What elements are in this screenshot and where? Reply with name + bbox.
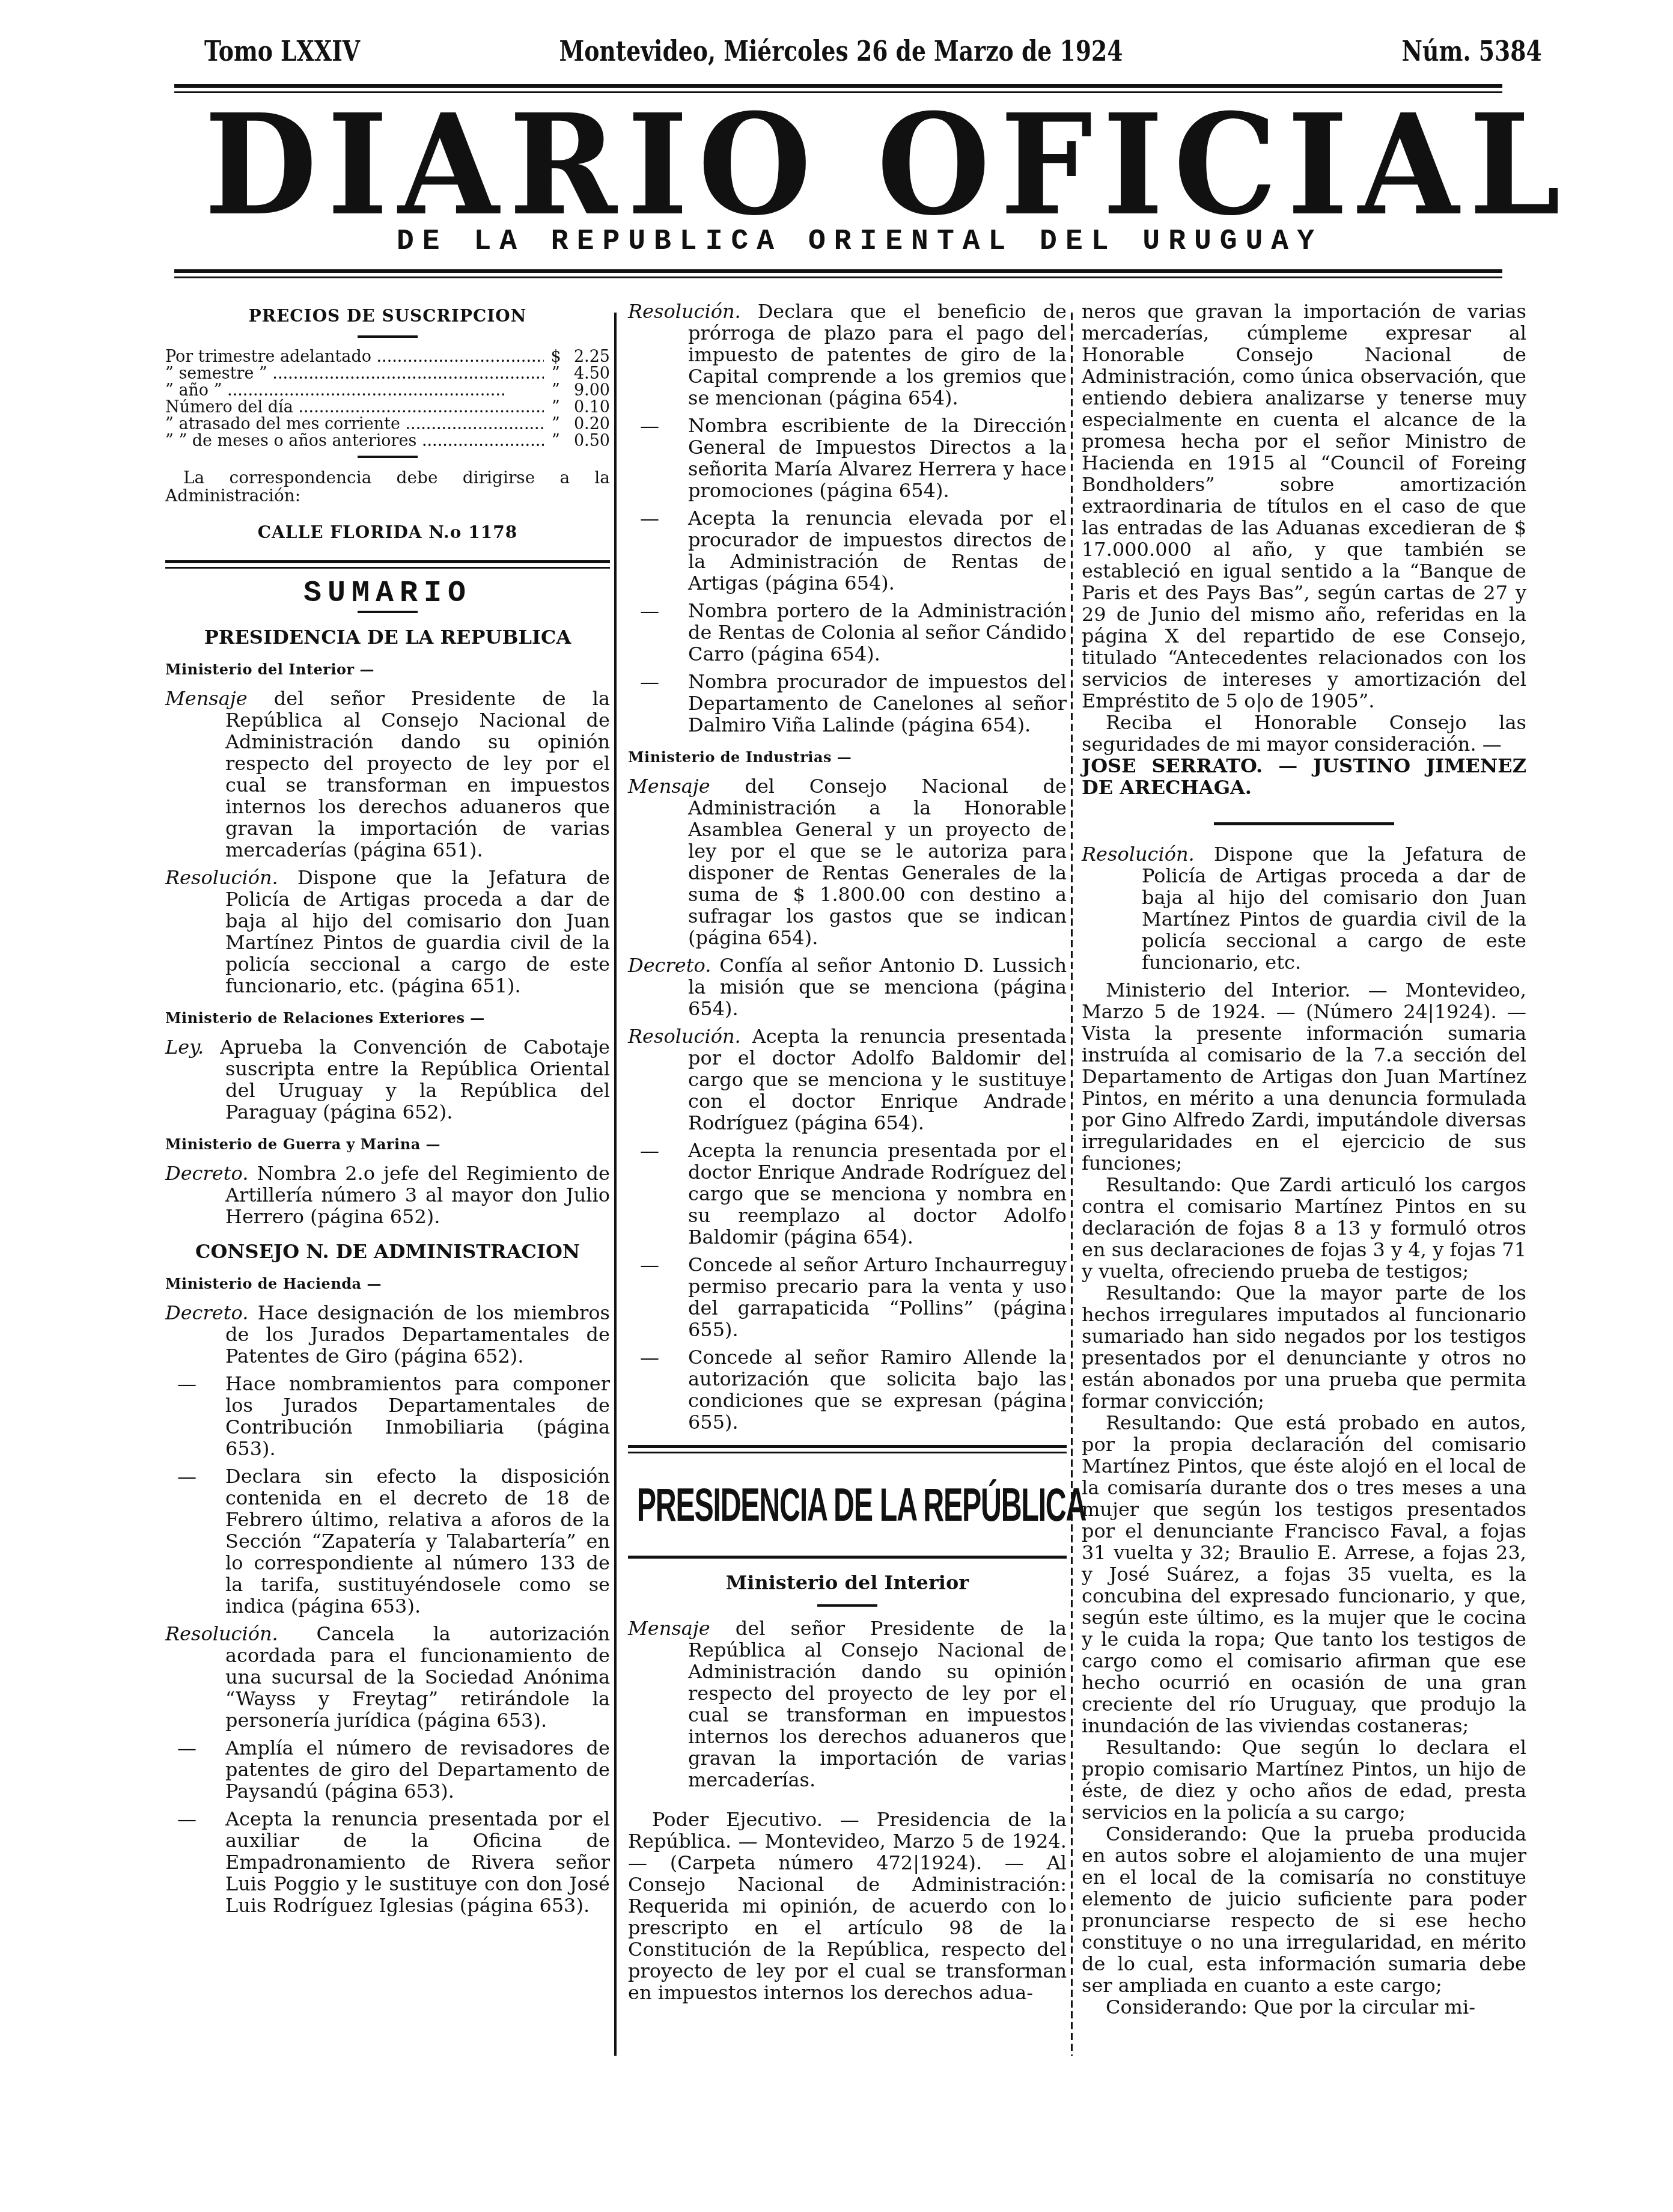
entry-kind: Resolución. [1082, 843, 1195, 866]
entry-kind: Mensaje [628, 775, 710, 798]
dash-marker: — [640, 415, 659, 436]
column-3: neros que gravan la importación de varia… [1082, 301, 1526, 2018]
price-amount: 0.10 [568, 399, 610, 416]
entry-text: Acepta la renuncia elevada por el procur… [688, 507, 1067, 594]
dash-marker: — [177, 1373, 197, 1395]
resolution-paragraph: Resultando: Que la mayor parte de los he… [1082, 1282, 1526, 1412]
summary-entry: Decreto. Confía al señor Antonio D. Luss… [628, 955, 1067, 1019]
summary-section-heading: PRESIDENCIA DE LA REPUBLICA [165, 626, 610, 648]
divider [817, 1604, 877, 1607]
entry-kind: Resolución. [165, 1622, 278, 1645]
summary-entry: —Hace nombramientos para componer los Ju… [165, 1373, 610, 1459]
entry-text: Aprueba la Convención de Cabotaje suscri… [220, 1036, 610, 1123]
entry-text: Acepta la renuncia presentada por el doc… [688, 1025, 1067, 1134]
ministry-heading: Ministerio del Interior — [165, 659, 610, 680]
entry-text: Concede al señor Ramiro Allende la autor… [688, 1346, 1067, 1434]
resolution-paragraph: Considerando: Que por la circular mi- [1082, 1996, 1526, 2018]
entry-text: Nombra 2.o jefe del Regimiento de Artill… [225, 1162, 610, 1228]
divider [358, 611, 418, 613]
masthead-topline: Tomo LXXIV Montevideo, Miércoles 26 de M… [204, 24, 1495, 78]
entry-text: Acepta la renuncia presentada por el aux… [225, 1807, 610, 1917]
entry-text: Dispone que la Jefatura de Policía de Ar… [1142, 843, 1526, 974]
summary-entry: —Concede al señor Arturo Inchaurreguy pe… [628, 1254, 1067, 1340]
price-label: ” atrasado del mes corriente [165, 416, 544, 433]
summary-entry: Resolución. Cancela la autorización acor… [165, 1623, 610, 1731]
summary-entry: —Amplía el número de revisadores de pate… [165, 1737, 610, 1802]
price-row: Número del día”0.10 [165, 399, 610, 416]
price-label: ” ” de meses o años anteriores [165, 433, 544, 450]
entry-text: Declara sin efecto la disposición conten… [225, 1465, 610, 1618]
resolution-paragraph: Resultando: Que Zardi articuló los cargo… [1082, 1174, 1526, 1282]
dash-marker: — [177, 1808, 197, 1830]
dash-marker: — [640, 507, 659, 529]
summary-entry: —Acepta la renuncia presentada por el au… [165, 1808, 610, 1916]
summary-entry: Resolución. Declara que el beneficio de … [628, 301, 1067, 409]
entry-text: del señor Presidente de la República al … [225, 687, 610, 861]
price-row: ” año ””9.00 [165, 382, 610, 399]
volume-label: Tomo LXXIV [204, 35, 360, 67]
dash-marker: — [640, 600, 659, 622]
entry-kind: Resolución. [628, 300, 741, 323]
summary-entry: —Nombra portero de la Administración de … [628, 600, 1067, 665]
price-amount: 2.25 [568, 349, 610, 365]
article-body-continued: neros que gravan la importación de varia… [1082, 301, 1526, 712]
subscription-price-list: Por trimestre adelantado$2.25” semestre … [165, 349, 610, 450]
ministry-heading: Ministerio de Relaciones Exteriores — [165, 1007, 610, 1029]
divider [1214, 822, 1394, 825]
summary-entry: Mensaje del señor Presidente de la Repúb… [165, 688, 610, 861]
price-currency: ” [544, 416, 568, 433]
summary-list-part-2: Resolución. Declara que el beneficio de … [628, 301, 1067, 1433]
entry-text: Dispone que la Jefatura de Policía de Ar… [225, 866, 610, 997]
address: CALLE FLORIDA N.o 1178 [165, 522, 610, 543]
dash-marker: — [640, 1254, 659, 1276]
summary-entry: —Acepta la renuncia elevada por el procu… [628, 507, 1067, 594]
summary-entry: Resolución. Dispone que la Jefatura de P… [165, 867, 610, 997]
resolution-paragraph: Considerando: Que la prueba producida en… [1082, 1823, 1526, 1996]
summary-entry: —Concede al señor Ramiro Allende la auto… [628, 1346, 1067, 1433]
price-label: ” año ” [165, 382, 544, 399]
resolution-body: Ministerio del Interior. — Montevideo, M… [1082, 979, 1526, 2018]
entry-text: Nombra escribiente de la Dirección Gener… [688, 414, 1067, 502]
section-rule [628, 1556, 1067, 1559]
dash-marker: — [640, 1346, 659, 1368]
ministry-heading: Ministerio de Industrias — [628, 747, 1067, 768]
entry-text: Confía al señor Antonio D. Lussich la mi… [688, 954, 1067, 1020]
subscription-heading: PRECIOS DE SUSCRIPCION [165, 305, 610, 327]
dash-marker: — [640, 1140, 659, 1161]
entry-text: del Consejo Nacional de Administración a… [688, 775, 1067, 949]
price-label: Por trimestre adelantado [165, 349, 544, 365]
price-label: ” semestre ” [165, 365, 544, 382]
ministry-heading: Ministerio de Hacienda — [165, 1273, 610, 1295]
newspaper-subtitle: DE LA REPUBLICA ORIENTAL DEL URUGUAY [397, 225, 1358, 258]
price-amount: 0.20 [568, 416, 610, 433]
resolution-paragraph: Resultando: Que está probado en autos, p… [1082, 1412, 1526, 1737]
dash-marker: — [177, 1737, 197, 1759]
article-body-paragraph: Poder Ejecutivo. — Presidencia de la Rep… [628, 1809, 1067, 2003]
summary-entry: —Declara sin efecto la disposición conte… [165, 1465, 610, 1617]
entry-kind: Decreto. [165, 1162, 248, 1185]
column-2: Resolución. Declara que el beneficio de … [628, 301, 1067, 2003]
entry-text: Acepta la renuncia presentada por el doc… [688, 1139, 1067, 1248]
resolution-summary: Resolución. Dispone que la Jefatura de P… [1082, 843, 1526, 973]
summary-section-heading: CONSEJO N. DE ADMINISTRACION [165, 1241, 610, 1262]
entry-kind: Resolución. [165, 866, 278, 889]
entry-kind: Decreto. [165, 1301, 248, 1324]
divider [358, 335, 418, 338]
price-amount: 4.50 [568, 365, 610, 382]
price-amount: 0.50 [568, 433, 610, 450]
summary-entry: Mensaje del Consejo Nacional de Administ… [628, 775, 1067, 949]
masthead-rule-bottom [174, 269, 1502, 273]
price-row: ” atrasado del mes corriente”0.20 [165, 416, 610, 433]
entry-text: Nombra procurador de impuestos del Depar… [688, 670, 1067, 736]
section-rule [628, 1445, 1067, 1453]
article-mensaje-summary: Mensaje del señor Presidente de la Repúb… [628, 1618, 1067, 1791]
summary-entry: Decreto. Hace designación de los miembro… [165, 1302, 610, 1367]
issue-number: Núm. 5384 [1402, 35, 1542, 67]
entry-text: Amplía el número de revisadores de paten… [225, 1737, 610, 1803]
article-closing: Reciba el Honorable Consejo las segurida… [1082, 712, 1526, 755]
price-currency: $ [544, 349, 568, 365]
section-banner: PRESIDENCIA DE LA REPÚBLICA [637, 1477, 1058, 1532]
price-currency: ” [544, 365, 568, 382]
column-1: PRECIOS DE SUSCRIPCION Por trimestre ade… [165, 301, 610, 1922]
entry-kind: Ley. [165, 1036, 204, 1059]
summary-title: SUMARIO [165, 583, 610, 605]
entry-text: Hace nombramientos para componer los Jur… [225, 1372, 610, 1460]
entry-kind: Resolución. [628, 1025, 741, 1048]
price-currency: ” [544, 382, 568, 399]
divider [358, 456, 418, 458]
entry-text: Declara que el beneficio de prórroga de … [688, 300, 1067, 409]
price-row: ” ” de meses o años anteriores”0.50 [165, 433, 610, 450]
entry-kind: Mensaje [628, 1617, 710, 1640]
entry-text: Concede al señor Arturo Inchaurreguy per… [688, 1253, 1067, 1341]
entry-text: Cancela la autorización acordada para el… [225, 1622, 610, 1732]
price-label: Número del día [165, 399, 544, 416]
resolution-paragraph: Resultando: Que según lo declara el prop… [1082, 1737, 1526, 1823]
newspaper-page: Tomo LXXIV Montevideo, Miércoles 26 de M… [0, 0, 1673, 2212]
summary-entry: —Nombra escribiente de la Dirección Gene… [628, 415, 1067, 501]
summary-entry: Ley. Aprueba la Convención de Cabotaje s… [165, 1036, 610, 1123]
dash-marker: — [640, 671, 659, 692]
summary-entry: —Acepta la renuncia presentada por el do… [628, 1140, 1067, 1248]
column-divider [1071, 313, 1073, 2056]
price-currency: ” [544, 399, 568, 416]
masthead-rule-bottom-thin [174, 276, 1502, 278]
correspondence-note: La correspondencia debe dirigirse a la A… [165, 469, 610, 505]
column-divider [614, 313, 617, 2056]
entry-kind: Mensaje [165, 687, 248, 710]
price-row: ” semestre ””4.50 [165, 365, 610, 382]
dash-marker: — [177, 1465, 197, 1487]
entry-kind: Decreto. [628, 954, 711, 977]
price-row: Por trimestre adelantado$2.25 [165, 349, 610, 365]
summary-entry: Resolución. Acepta la renuncia presentad… [628, 1025, 1067, 1134]
ministry-heading: Ministerio de Guerra y Marina — [165, 1134, 610, 1155]
resolution-paragraph: Ministerio del Interior. — Montevideo, M… [1082, 979, 1526, 1174]
entry-text: Hace designación de los miembros de los … [225, 1301, 610, 1367]
newspaper-title: DIARIO OFICIAL [204, 105, 1447, 225]
price-currency: ” [544, 433, 568, 450]
issue-date: Montevideo, Miércoles 26 de Marzo de 192… [559, 35, 1123, 67]
ministry-heading: Ministerio del Interior [628, 1572, 1067, 1593]
article-signature: JOSE SERRATO. — JUSTINO JIMENEZ DE ARECH… [1082, 755, 1526, 798]
summary-entry: Decreto. Nombra 2.o jefe del Regimiento … [165, 1163, 610, 1227]
summary-list-part-1: PRESIDENCIA DE LA REPUBLICAMinisterio de… [165, 626, 610, 1916]
entry-text: del señor Presidente de la República al … [688, 1617, 1067, 1791]
entry-text: Nombra portero de la Administración de R… [688, 599, 1067, 665]
price-amount: 9.00 [568, 382, 610, 399]
section-rule [165, 560, 610, 569]
summary-entry: —Nombra procurador de impuestos del Depa… [628, 671, 1067, 736]
